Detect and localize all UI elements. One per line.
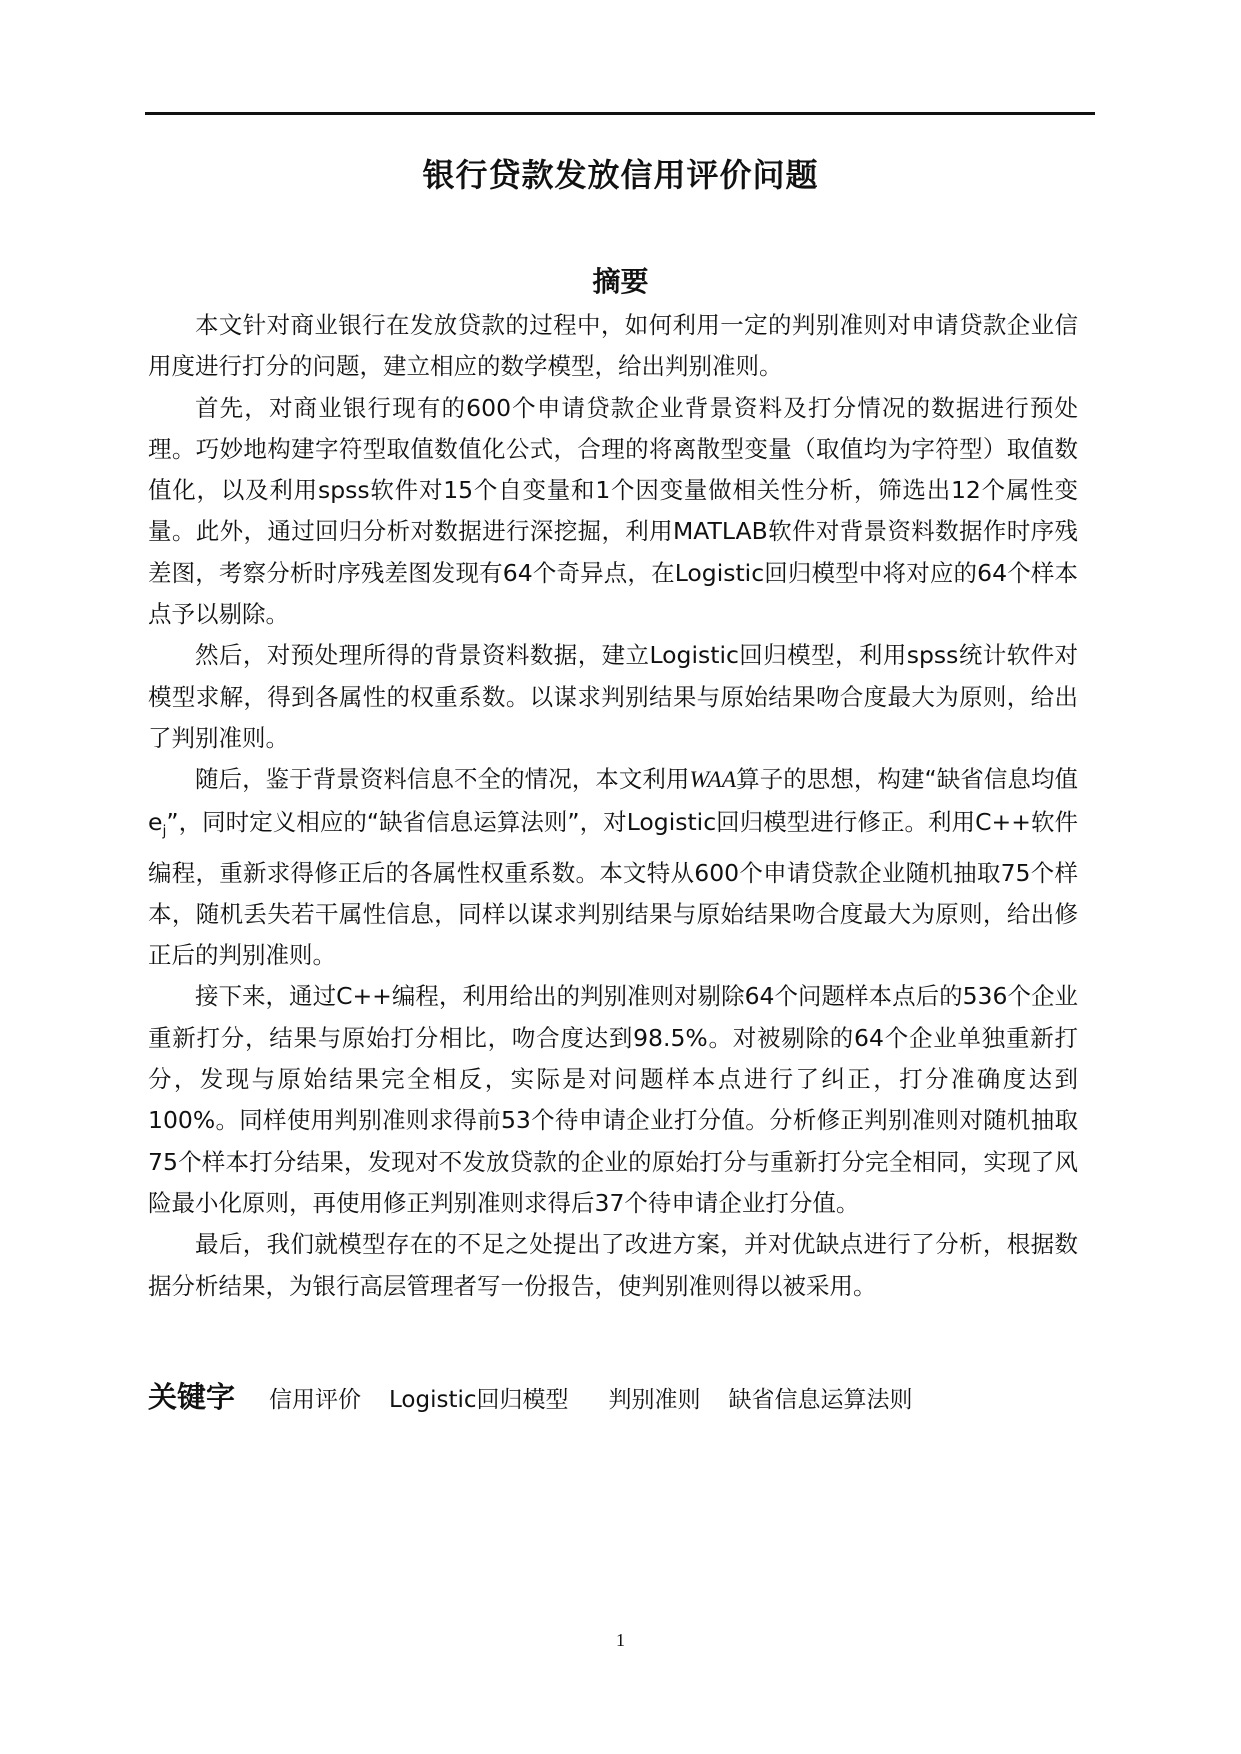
keyword-item: Logistic回归模型 [389,1381,569,1414]
keyword-item: 判别准则 [609,1381,701,1414]
header-rule [145,112,1095,115]
abstract-body: 本文针对商业银行在发放贷款的过程中，如何利用一定的判别准则对申请贷款企业信用度进… [148,305,1078,1307]
paper-title: 银行贷款发放信用评价问题 [0,150,1241,196]
keyword-item: 信用评价 [269,1381,361,1414]
keywords-line: 关键字 信用评价 Logistic回归模型 判别准则 缺省信息运算法则 [148,1375,941,1416]
abstract-heading: 摘要 [0,260,1241,300]
keyword-item: 缺省信息运算法则 [729,1381,913,1414]
abstract-paragraph-4: 随后，鉴于背景资料信息不全的情况，本文利用WAA算子的思想，构建“缺省信息均值e… [148,759,1078,976]
abstract-paragraph-5: 接下来，通过C++编程，利用给出的判别准则对剔除64个问题样本点后的536个企业… [148,976,1078,1224]
waa-operator: WAA [689,767,736,793]
abstract-paragraph-2: 首先，对商业银行现有的600个申请贷款企业背景资料及打分情况的数据进行预处理。巧… [148,388,1078,636]
abstract-paragraph-6: 最后，我们就模型存在的不足之处提出了改进方案，并对优缺点进行了分析，根据数据分析… [148,1224,1078,1307]
keywords-label: 关键字 [148,1375,235,1416]
p4-after: ”，同时定义相应的“缺省信息运算法则”，对Logistic回归模型进行修正。利用… [148,808,1078,970]
abstract-paragraph-3: 然后，对预处理所得的背景资料数据，建立Logistic回归模型，利用spss统计… [148,635,1078,759]
page-number: 1 [0,1630,1241,1651]
p4-before: 随后，鉴于背景资料信息不全的情况，本文利用 [195,765,689,793]
abstract-paragraph-1: 本文针对商业银行在发放贷款的过程中，如何利用一定的判别准则对申请贷款企业信用度进… [148,305,1078,388]
